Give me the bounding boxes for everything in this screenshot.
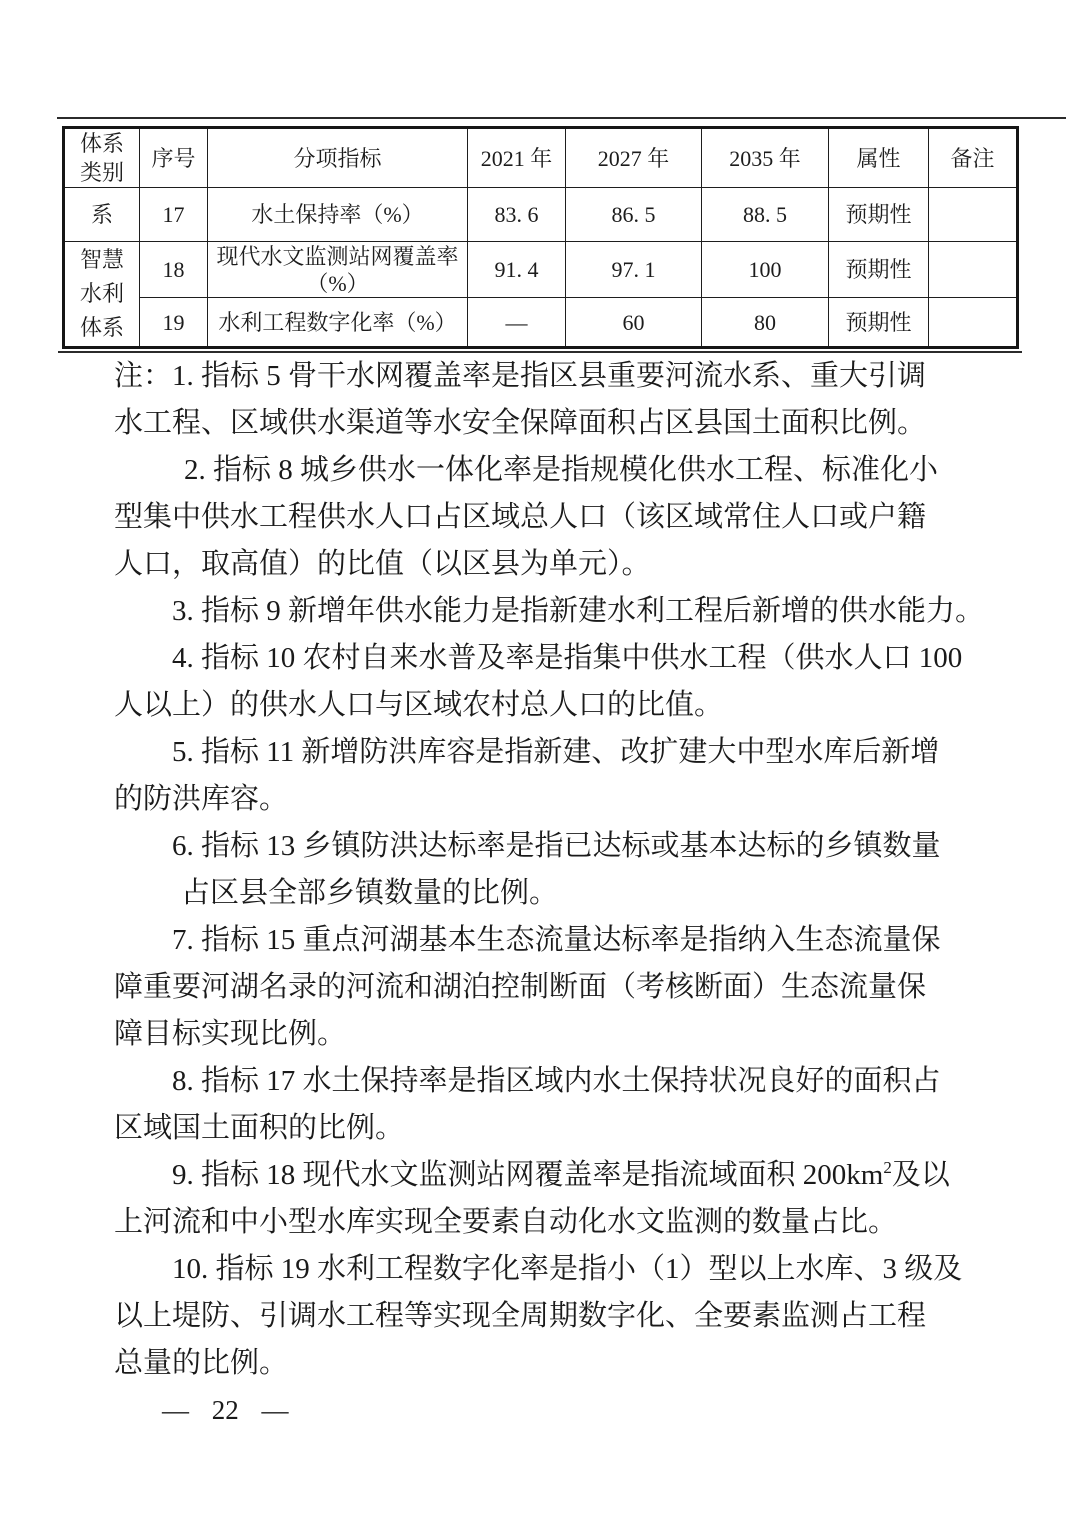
- note-line: 占区县全部乡镇数量的比例。: [114, 870, 1054, 917]
- cell-2027: 97. 1: [566, 242, 702, 298]
- note-line: 人口，取高值）的比值（以区县为单元）。: [114, 541, 1054, 588]
- cell-no: 19: [140, 298, 208, 348]
- cell-remark: [929, 242, 1018, 298]
- note-line: 6. 指标 13 乡镇防洪达标率是指已达标或基本达标的乡镇数量: [114, 823, 1054, 870]
- note-line-pre: 9. 指标 18 现代水文监测站网覆盖率是指流域面积 200km: [172, 1159, 883, 1191]
- cell-indicator: 现代水文监测站网覆盖率（%）: [208, 242, 468, 298]
- note-line: 上河流和中小型水库实现全要素自动化水文监测的数量占比。: [114, 1199, 1054, 1246]
- note-line: 7. 指标 15 重点河湖基本生态流量达标率是指纳入生态流量保: [114, 917, 1054, 964]
- column-header-2021: 2021 年: [468, 128, 566, 188]
- cell-no: 18: [140, 242, 208, 298]
- note-line: 障重要河湖名录的河流和湖泊控制断面（考核断面）生态流量保: [114, 964, 1054, 1011]
- note-line: 的防洪库容。: [114, 776, 1054, 823]
- indicators-table: 体系类别 序号 分项指标 2021 年 2027 年 2035 年 属性 备注 …: [62, 126, 1019, 349]
- note-line: 人以上）的供水人口与区域农村总人口的比值。: [114, 682, 1054, 729]
- page-number: — 22 —: [162, 1387, 289, 1434]
- cell-2035: 100: [702, 242, 829, 298]
- cell-attr: 预期性: [829, 188, 929, 242]
- cell-attr: 预期性: [829, 242, 929, 298]
- cell-remark: [929, 298, 1018, 348]
- cell-2021: —: [468, 298, 566, 348]
- cell-indicator: 水土保持率（%）: [208, 188, 468, 242]
- note-line: 区域国土面积的比例。: [114, 1105, 1054, 1152]
- note-line: 3. 指标 9 新增年供水能力是指新建水利工程后新增的供水能力。: [114, 588, 1054, 635]
- note-line: 型集中供水工程供水人口占区域总人口（该区域常住人口或户籍: [114, 494, 1054, 541]
- table-row-18: 智慧水利体系 18 现代水文监测站网覆盖率（%） 91. 4 97. 1 100…: [64, 242, 1018, 298]
- note-line: 4. 指标 10 农村自来水普及率是指集中供水工程（供水人口 100: [114, 635, 1054, 682]
- table-header-row: 体系类别 序号 分项指标 2021 年 2027 年 2035 年 属性 备注: [64, 128, 1018, 188]
- note-line: 5. 指标 11 新增防洪库容是指新建、改扩建大中型水库后新增: [114, 729, 1054, 776]
- column-header-category: 体系类别: [64, 128, 140, 188]
- column-header-category-label: 体系类别: [78, 129, 126, 187]
- document-page: 体系类别 序号 分项指标 2021 年 2027 年 2035 年 属性 备注 …: [0, 0, 1074, 1520]
- note-line: 水工程、区域供水渠道等水安全保障面积占区县国土面积比例。: [114, 400, 1054, 447]
- table-row-19: 19 水利工程数字化率（%） — 60 80 预期性: [64, 298, 1018, 348]
- cell-remark: [929, 188, 1018, 242]
- column-header-remark: 备注: [929, 128, 1018, 188]
- note-line: 障目标实现比例。: [114, 1011, 1054, 1058]
- note-line: 2. 指标 8 城乡供水一体化率是指规模化供水工程、标准化小: [114, 447, 1054, 494]
- table-row-17: 系 17 水土保持率（%） 83. 6 86. 5 88. 5 预期性: [64, 188, 1018, 242]
- note-line-post: 及以: [892, 1159, 950, 1191]
- notes-section: 注：1. 指标 5 骨干水网覆盖率是指区县重要河流水系、重大引调 水工程、区域供…: [114, 353, 1054, 1387]
- note-line: 以上堤防、引调水工程等实现全周期数字化、全要素监测占工程: [114, 1293, 1054, 1340]
- cell-no: 17: [140, 188, 208, 242]
- superscript-2: 2: [883, 1158, 892, 1177]
- cell-2027: 60: [566, 298, 702, 348]
- top-rule: [57, 117, 1066, 119]
- cell-2027: 86. 5: [566, 188, 702, 242]
- column-header-2035: 2035 年: [702, 128, 829, 188]
- note-line: 10. 指标 19 水利工程数字化率是指小（1）型以上水库、3 级及: [114, 1246, 1054, 1293]
- cell-category-smart-water-label: 智慧水利体系: [78, 243, 126, 345]
- cell-2035: 80: [702, 298, 829, 348]
- cell-category-smart-water: 智慧水利体系: [64, 242, 140, 348]
- note-line: 注：1. 指标 5 骨干水网覆盖率是指区县重要河流水系、重大引调: [114, 353, 1054, 400]
- cell-2035: 88. 5: [702, 188, 829, 242]
- cell-indicator: 水利工程数字化率（%）: [208, 298, 468, 348]
- cell-attr: 预期性: [829, 298, 929, 348]
- column-header-no: 序号: [140, 128, 208, 188]
- column-header-indicator: 分项指标: [208, 128, 468, 188]
- note-line: 总量的比例。: [114, 1340, 1054, 1387]
- cell-category-tail: 系: [64, 188, 140, 242]
- note-line: 8. 指标 17 水土保持率是指区域内水土保持状况良好的面积占: [114, 1058, 1054, 1105]
- note-line: 9. 指标 18 现代水文监测站网覆盖率是指流域面积 200km2及以: [114, 1152, 1054, 1199]
- column-header-2027: 2027 年: [566, 128, 702, 188]
- column-header-attr: 属性: [829, 128, 929, 188]
- cell-2021: 83. 6: [468, 188, 566, 242]
- cell-2021: 91. 4: [468, 242, 566, 298]
